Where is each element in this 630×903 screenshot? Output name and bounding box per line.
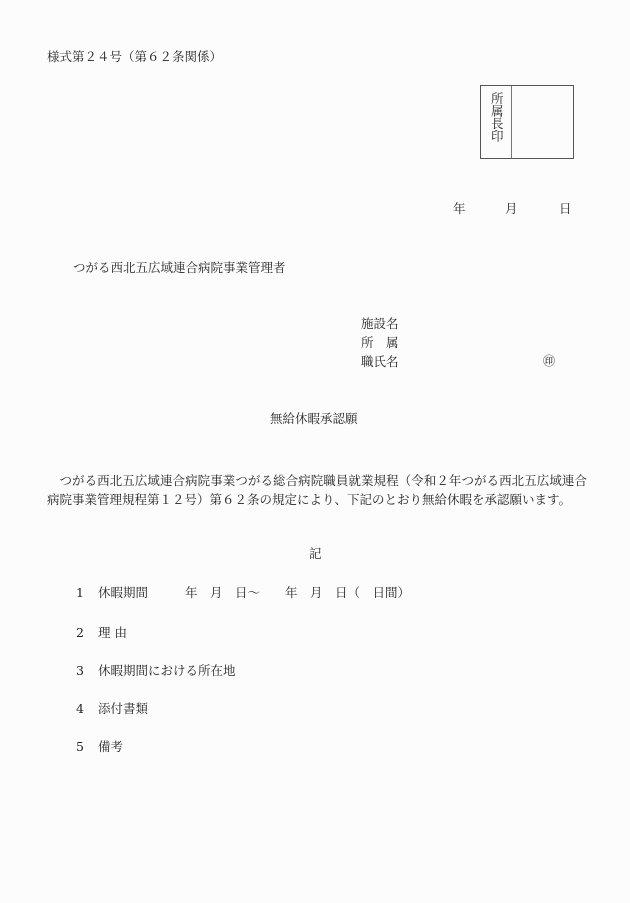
leave-period-detail: 年 月 日～ 年 月 日（ 日間） bbox=[185, 587, 410, 600]
month-label: 月 bbox=[505, 203, 518, 216]
name-label: 職氏名 bbox=[361, 356, 399, 369]
document-title: 無給休暇承認願 bbox=[270, 413, 358, 426]
note-heading: 記 bbox=[309, 548, 322, 561]
form-number: 様式第２４号（第６２条関係） bbox=[47, 51, 222, 64]
item-label: 休暇期間における所在地 bbox=[98, 665, 236, 678]
item-label: 添付書類 bbox=[98, 703, 148, 716]
item-label: 休暇期間 bbox=[98, 587, 148, 600]
supervisor-seal-box: 所属長印 bbox=[480, 85, 574, 159]
item-label: 備考 bbox=[98, 741, 123, 754]
seal-label-cell: 所属長印 bbox=[481, 86, 512, 158]
seal-mark-icon: ㊞ bbox=[543, 355, 555, 367]
day-label: 日 bbox=[559, 203, 572, 216]
year-label: 年 bbox=[453, 203, 466, 216]
item-number: 5 bbox=[76, 741, 84, 754]
item-label: 理 由 bbox=[98, 627, 127, 640]
seal-stamp-area bbox=[512, 86, 573, 158]
item-number: 1 bbox=[76, 587, 84, 600]
seal-label: 所属長印 bbox=[490, 92, 503, 158]
item-number: 3 bbox=[76, 665, 84, 678]
body-paragraph: つがる西北五広域連合病院事業つがる総合病院職員就業規程（令和２年つがる西北五広域… bbox=[47, 471, 587, 509]
item-number: 4 bbox=[76, 703, 84, 716]
addressee: つがる西北五広域連合病院事業管理者 bbox=[73, 262, 286, 275]
item-number: 2 bbox=[76, 627, 84, 640]
facility-label: 施設名 bbox=[361, 318, 399, 331]
department-label: 所 属 bbox=[361, 337, 399, 350]
